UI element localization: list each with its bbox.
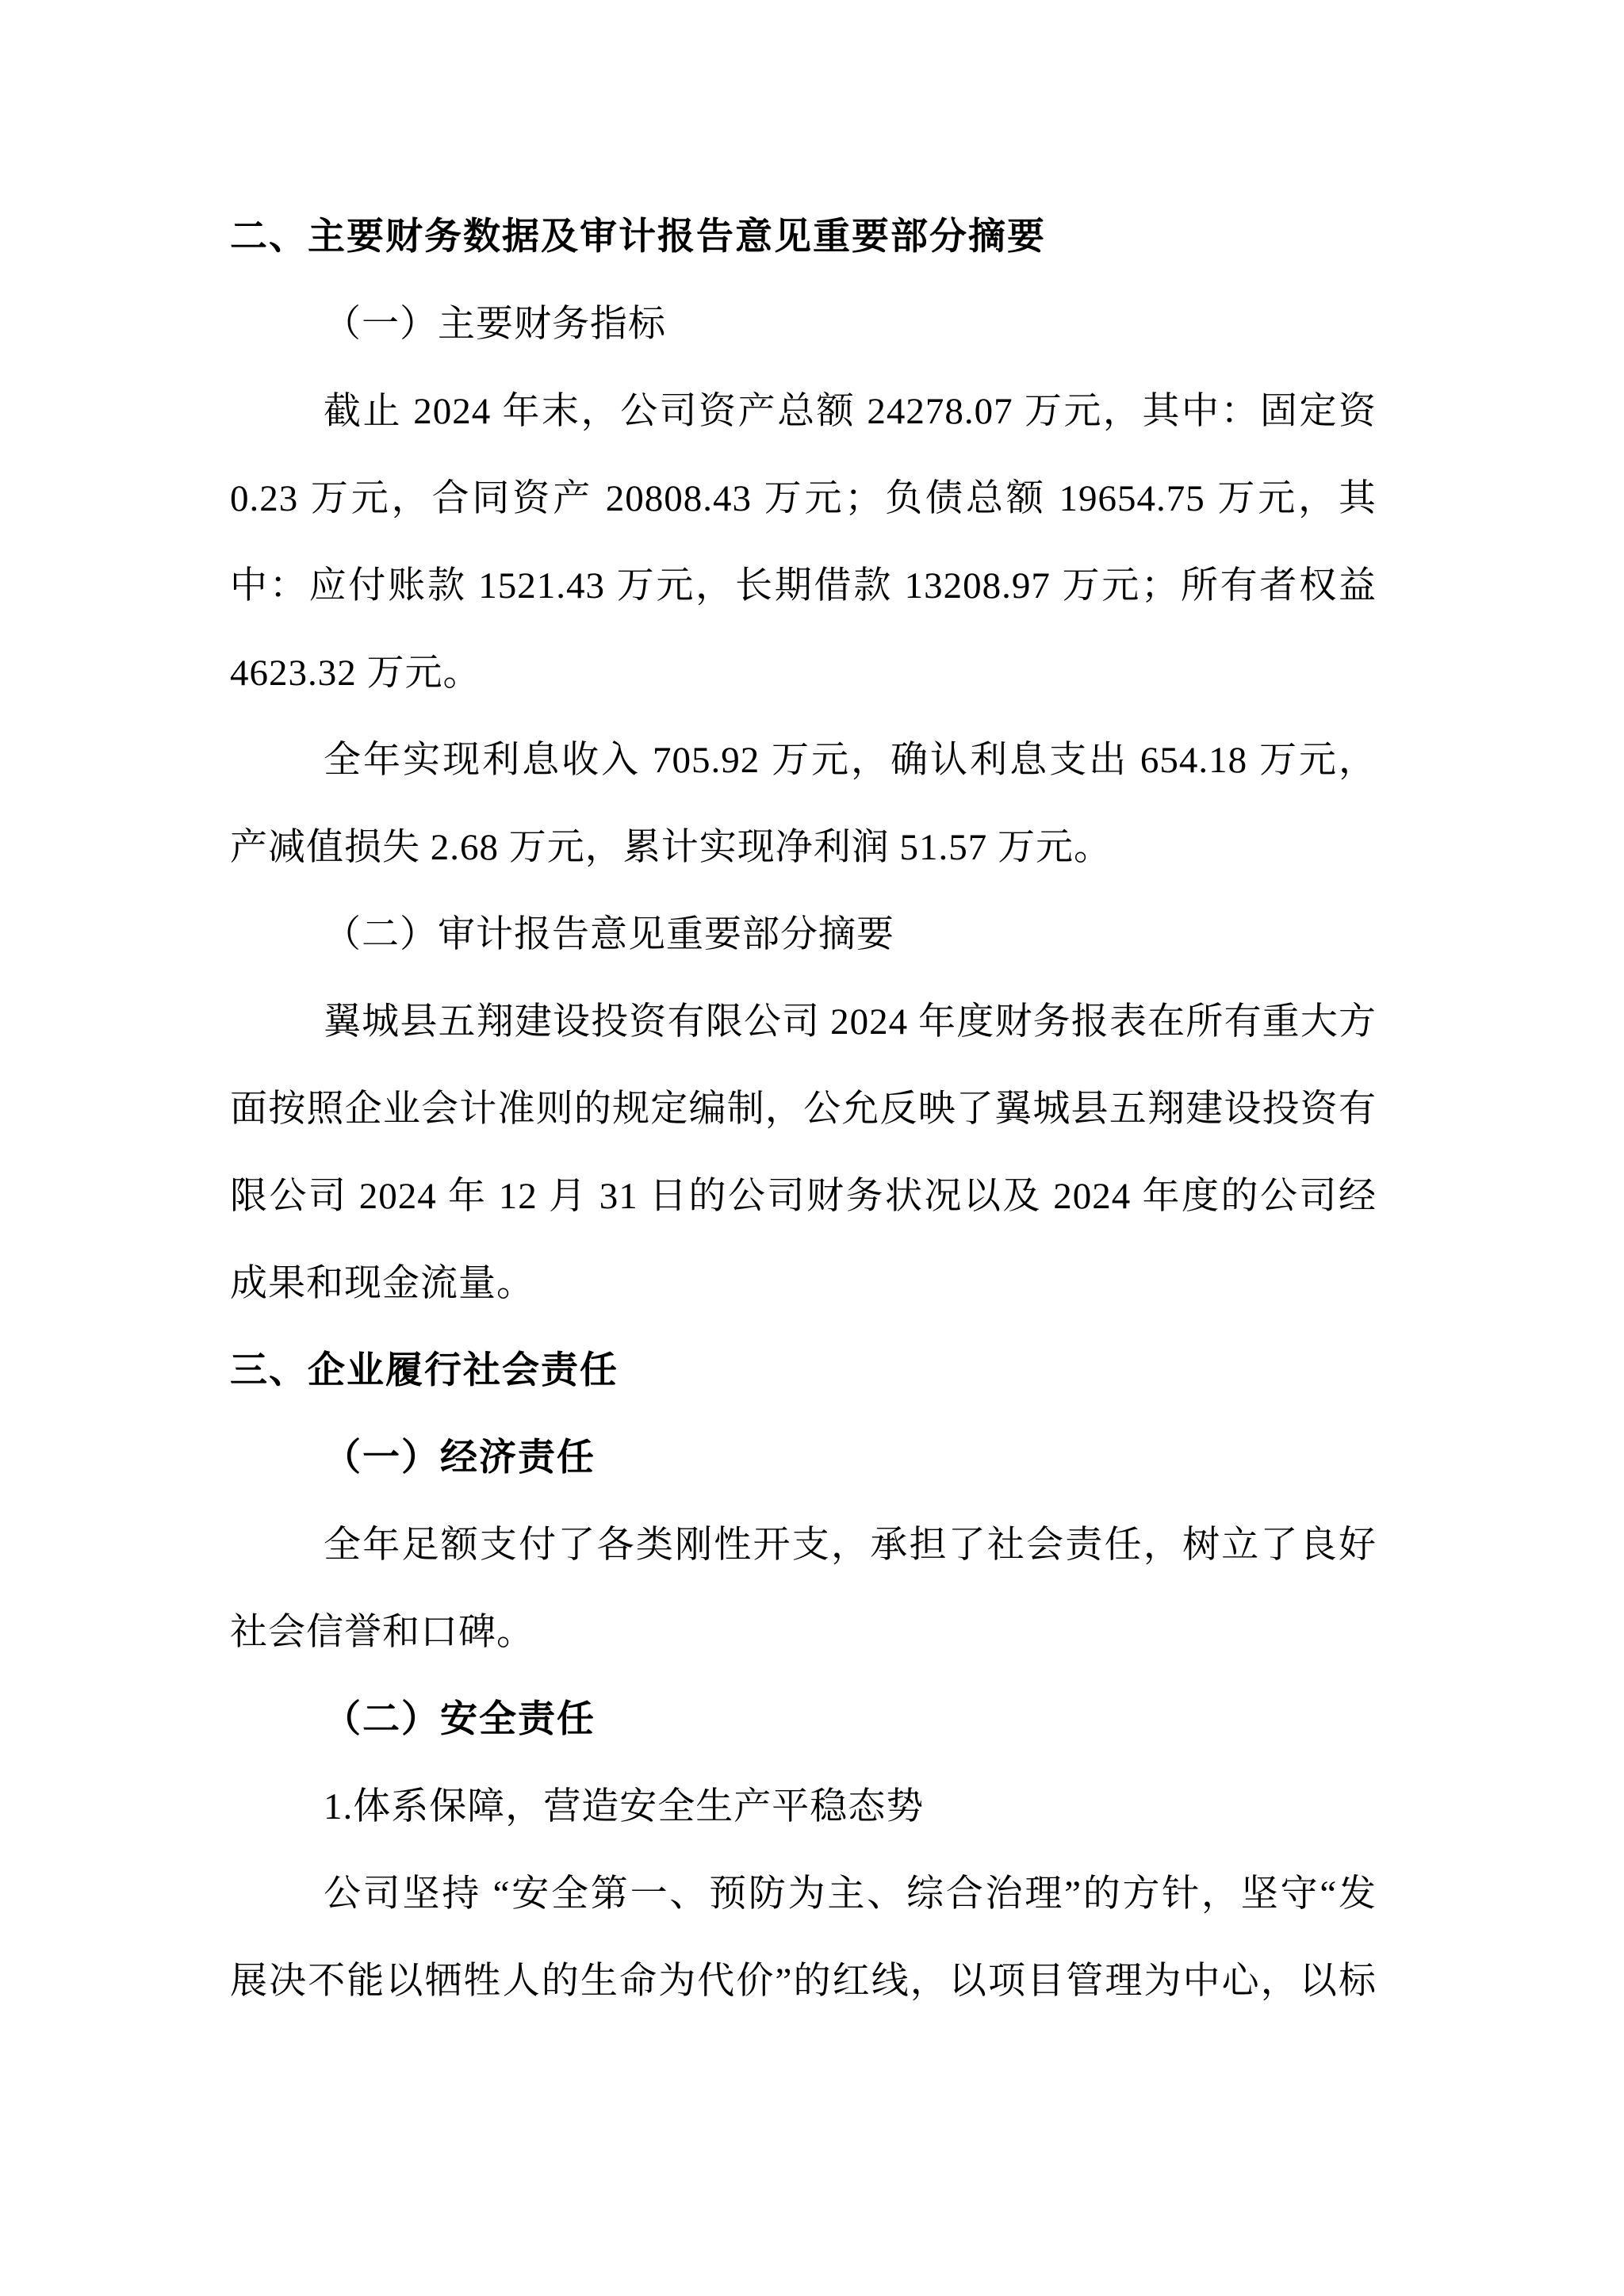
line-safety-1: 公司坚持 “安全第一、预防为主、综合治理”的方针，坚守“发 [230,1850,1377,1938]
line-interest-2: 产减值损失 2.68 万元，累计实现净利润 51.57 万元。 [230,804,1377,891]
section-heading-3: 三、企业履行社会责任 [230,1327,1377,1414]
subheading-safety-responsibility: （二）安全责任 [230,1676,1377,1763]
line-assets-4: 4623.32 万元。 [230,629,1377,717]
line-interest-1: 全年实现利息收入 705.92 万元，确认利息支出 654.18 万元，资 [230,717,1377,804]
subheading-economic-responsibility: （一）经济责任 [230,1414,1377,1502]
document-text-block: 二、主要财务数据及审计报告意见重要部分摘要 （一）主要财务指标 截止 2024 … [230,193,1377,2025]
subheading-audit-opinion: （二）审计报告意见重要部分摘要 [230,891,1377,978]
line-assets-2: 0.23 万元，合同资产 20808.43 万元；负债总额 19654.75 万… [230,455,1377,542]
line-audit-2: 面按照企业会计准则的规定编制，公允反映了翼城县五翔建设投资有 [230,1066,1377,1153]
line-safety-2: 展决不能以牺牲人的生命为代价”的红线，以项目管理为中心，以标 [230,1938,1377,2025]
section-heading-2: 二、主要财务数据及审计报告意见重要部分摘要 [230,193,1377,281]
line-economic-1: 全年足额支付了各类刚性开支，承担了社会责任，树立了良好的 [230,1502,1377,1589]
line-assets-3: 中：应付账款 1521.43 万元，长期借款 13208.97 万元；所有者权益 [230,542,1377,629]
document-page: 二、主要财务数据及审计报告意见重要部分摘要 （一）主要财务指标 截止 2024 … [0,0,1624,2296]
subheading-financial-indicators: （一）主要财务指标 [230,281,1377,368]
line-audit-1: 翼城县五翔建设投资有限公司 2024 年度财务报表在所有重大方 [230,978,1377,1066]
subitem-system-guarantee: 1.体系保障，营造安全生产平稳态势 [230,1763,1377,1850]
line-audit-4: 成果和现金流量。 [230,1240,1377,1327]
line-economic-2: 社会信誉和口碑。 [230,1589,1377,1676]
line-audit-3: 限公司 2024 年 12 月 31 日的公司财务状况以及 2024 年度的公司… [230,1153,1377,1240]
line-assets-1: 截止 2024 年末，公司资产总额 24278.07 万元，其中：固定资产 [230,368,1377,455]
